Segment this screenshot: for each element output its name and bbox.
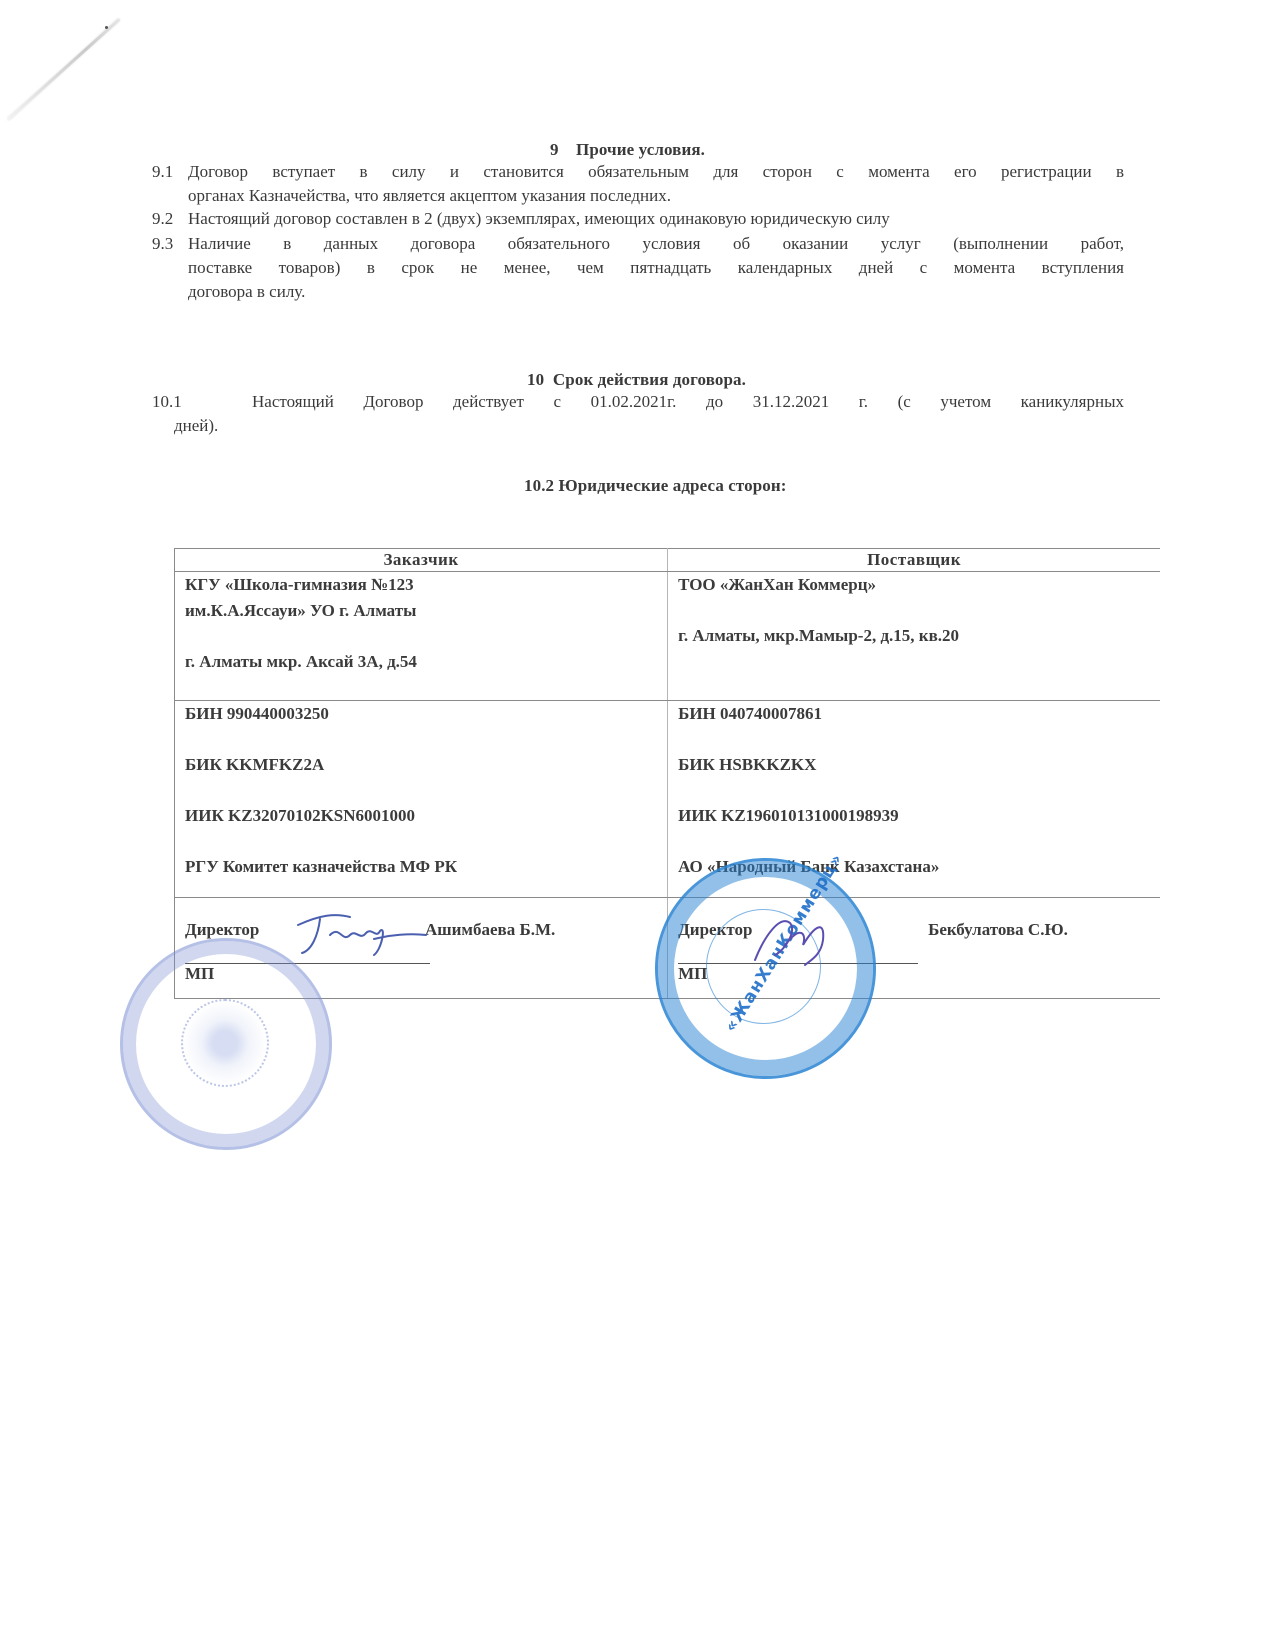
supplier-bin: БИН 040740007861	[678, 701, 1150, 727]
state-emblem-icon	[181, 999, 269, 1087]
customer-name-cont: им.К.А.Яссауи» УО г. Алматы	[185, 598, 657, 624]
clause-10-1: 10.1Настоящий Договор действует с 01.02.…	[152, 390, 1124, 438]
section-number: 10	[527, 370, 544, 389]
clause-9-2: 9.2Настоящий договор составлен в 2 (двух…	[152, 207, 1124, 231]
supplier-seal-label: МП	[678, 964, 707, 984]
customer-iik: ИИК KZ32070102KSN6001000	[185, 803, 657, 829]
section-title: Прочие условия.	[576, 140, 705, 159]
clause-9-1: 9.1Договор вступает в силу и становится …	[152, 160, 1124, 208]
supplier-signatory: Бекбулатова С.Ю.	[928, 920, 1068, 940]
clause-text: дней).	[152, 414, 1124, 438]
supplier-address: г. Алматы, мкр.Мамыр-2, д.15, кв.20	[678, 623, 1150, 649]
clause-text: Договор вступает в силу и становится обя…	[188, 162, 1124, 181]
customer-bik: БИК KKMFKZ2A	[185, 752, 657, 778]
supplier-header: Поставщик	[668, 549, 1160, 572]
table-row-bank-details: БИН 990440003250 БИК KKMFKZ2A ИИК KZ3207…	[175, 701, 1161, 898]
clause-number: 9.3	[152, 232, 188, 256]
clause-text: органах Казначейства, что является акцеп…	[152, 184, 1124, 208]
scan-artifact-dot	[105, 26, 108, 29]
clause-text: Настоящий Договор действует с 01.02.2021…	[252, 392, 1124, 411]
section-title: Срок действия договора.	[553, 370, 746, 389]
customer-address: г. Алматы мкр. Аксай 3А, д.54	[185, 649, 657, 675]
clause-text: поставке товаров) в срок не менее, чем п…	[152, 256, 1124, 280]
supplier-bank: АО «Народный Банк Казахстана»	[678, 854, 1150, 880]
clause-9-3: 9.3Наличие в данных договора обязательно…	[152, 232, 1124, 304]
clause-number: 10.1	[152, 390, 252, 414]
customer-bin: БИН 990440003250	[185, 701, 657, 727]
customer-bank: РГУ Комитет казначейства МФ РК	[185, 854, 657, 880]
supplier-bank-cell: БИН 040740007861 БИК HSBKKZKX ИИК KZ1960…	[668, 701, 1160, 898]
supplier-bik: БИК HSBKKZKX	[678, 752, 1150, 778]
section-9-heading: 9 Прочие условия.	[550, 140, 705, 160]
clause-text: Настоящий договор составлен в 2 (двух) э…	[188, 209, 890, 228]
section-10-heading: 10 Срок действия договора.	[527, 370, 746, 390]
customer-seal-label: МП	[185, 964, 214, 984]
clause-number: 9.2	[152, 207, 188, 231]
clause-number: 9.1	[152, 160, 188, 184]
supplier-name: ТОО «ЖанХан Коммерц»	[678, 572, 1150, 598]
customer-signatory: Ашимбаева Б.М.	[425, 920, 555, 940]
customer-bank-cell: БИН 990440003250 БИК KKMFKZ2A ИИК KZ3207…	[175, 701, 668, 898]
table-row-signatures: Директор Ашимбаева Б.М. МП Директор Бекб…	[175, 898, 1161, 999]
scan-artifact-line	[7, 18, 120, 121]
table-row-name-address: КГУ «Школа-гимназия №123 им.К.А.Яссауи» …	[175, 572, 1161, 701]
supplier-position: Директор	[678, 920, 752, 940]
customer-position: Директор	[185, 920, 259, 940]
clause-text: Наличие в данных договора обязательного …	[188, 234, 1124, 253]
clause-text: договора в силу.	[152, 280, 1124, 304]
customer-signature-line	[185, 963, 430, 964]
supplier-iik: ИИК KZ196010131000198939	[678, 803, 1150, 829]
customer-signature-cell: Директор Ашимбаева Б.М. МП	[175, 898, 668, 999]
supplier-signature-line	[678, 963, 918, 964]
customer-name: КГУ «Школа-гимназия №123	[185, 572, 657, 598]
section-number: 9	[550, 140, 559, 159]
parties-table: Заказчик Поставщик КГУ «Школа-гимназия №…	[174, 548, 1160, 999]
table-header-row: Заказчик Поставщик	[175, 549, 1161, 572]
section-10-2-heading: 10.2 Юридические адреса сторон:	[524, 476, 787, 496]
customer-header: Заказчик	[175, 549, 668, 572]
customer-name-cell: КГУ «Школа-гимназия №123 им.К.А.Яссауи» …	[175, 572, 668, 701]
supplier-signature-cell: Директор Бекбулатова С.Ю. МП	[668, 898, 1160, 999]
supplier-name-cell: ТОО «ЖанХан Коммерц» г. Алматы, мкр.Мамы…	[668, 572, 1160, 701]
